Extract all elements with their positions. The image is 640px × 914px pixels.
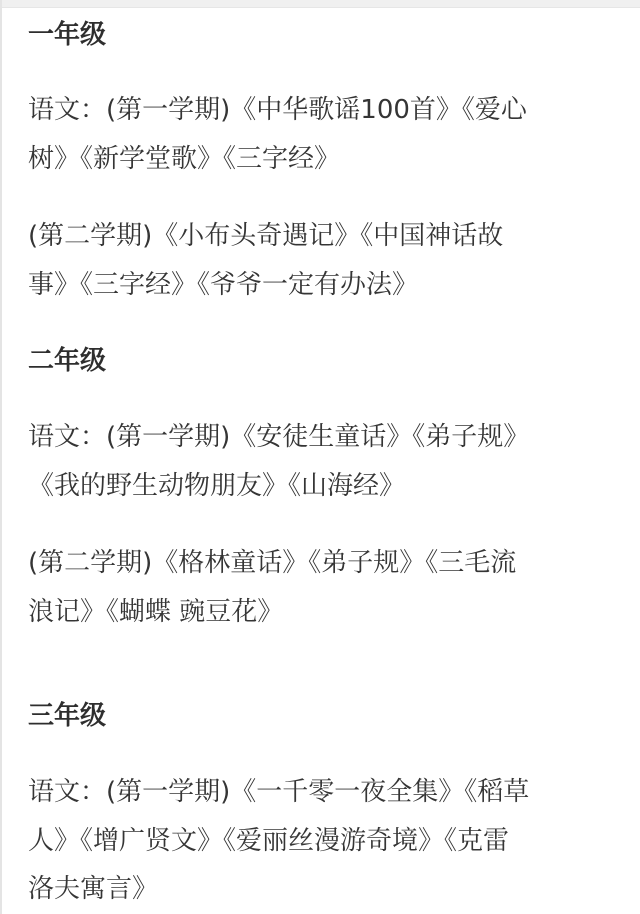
grade-3-heading: 三年级 (28, 699, 106, 733)
paragraph-line: 语文：(第一学期)《一千零一夜全集》《稻草 (28, 768, 628, 817)
paragraph-line: 树》《新学堂歌》《三字经》 (28, 135, 628, 184)
grade-1-term-1-paragraph: 语文：(第一学期)《中华歌谣100首》《爱心 树》《新学堂歌》《三字经》 (28, 86, 628, 183)
grade-1-heading: 一年级 (28, 18, 106, 52)
grade-2-heading: 二年级 (28, 344, 106, 378)
grade-2-term-1-paragraph: 语文：(第一学期)《安徒生童话》《弟子规》 《我的野生动物朋友》《山海经》 (28, 413, 628, 510)
paragraph-line: 语文：(第一学期)《中华歌谣100首》《爱心 (28, 86, 628, 135)
paragraph-line: 浪记》《蝴蝶 豌豆花》 (28, 588, 628, 637)
paragraph-line: 事》《三字经》《爷爷一定有办法》 (28, 261, 628, 310)
paragraph-line: (第二学期)《格林童话》《弟子规》《三毛流 (28, 539, 628, 588)
grade-3-term-1-paragraph: 语文：(第一学期)《一千零一夜全集》《稻草 人》《增广贤文》《爱丽丝漫游奇境》《… (28, 768, 628, 914)
top-bar (0, 0, 640, 8)
paragraph-line: 人》《增广贤文》《爱丽丝漫游奇境》《克雷 (28, 817, 628, 866)
grade-1-term-2-paragraph: (第二学期)《小布头奇遇记》《中国神话故 事》《三字经》《爷爷一定有办法》 (28, 212, 628, 309)
grade-2-term-2-paragraph: (第二学期)《格林童话》《弟子规》《三毛流 浪记》《蝴蝶 豌豆花》 (28, 539, 628, 636)
paragraph-line: 《我的野生动物朋友》《山海经》 (28, 462, 628, 511)
paragraph-line: (第二学期)《小布头奇遇记》《中国神话故 (28, 212, 628, 261)
left-border (0, 0, 2, 914)
paragraph-line: 语文：(第一学期)《安徒生童话》《弟子规》 (28, 413, 628, 462)
paragraph-line: 洛夫寓言》 (28, 865, 628, 914)
